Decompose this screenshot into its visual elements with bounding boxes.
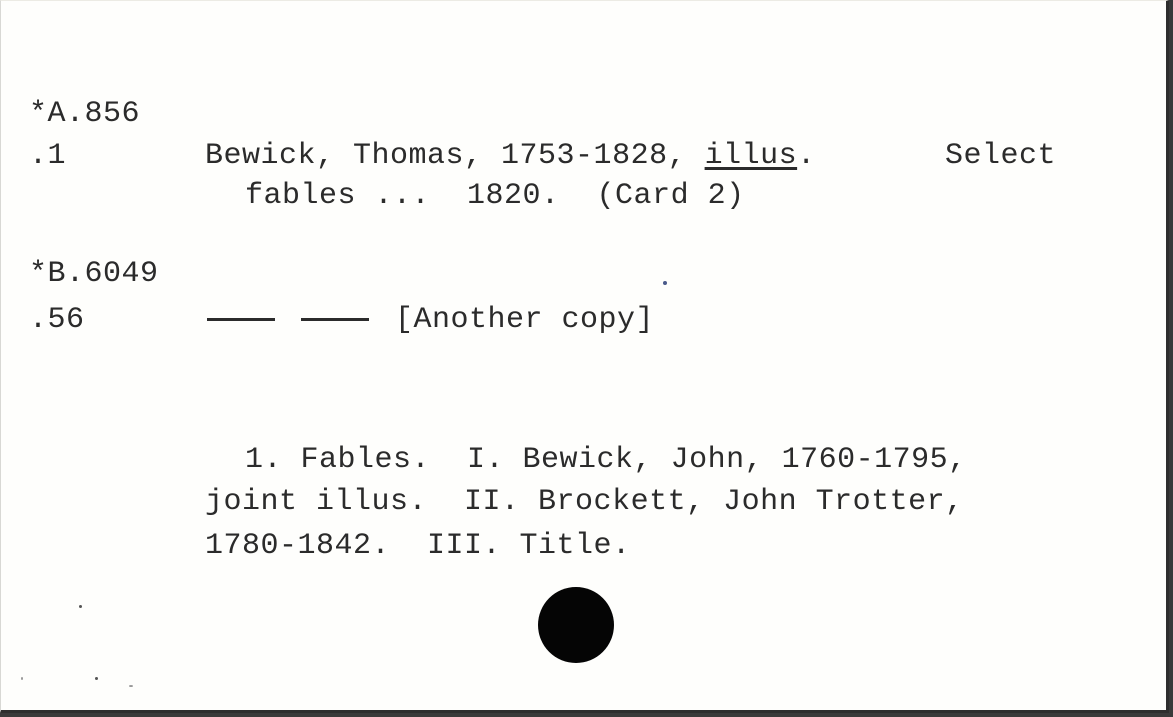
tracing-line3: 1780-1842. III. Title. — [205, 531, 631, 561]
punch-hole — [538, 587, 614, 663]
ink-speck — [79, 605, 82, 608]
ink-speck — [21, 677, 23, 680]
catalog-card: *A.856 .1 Bewick, Thomas, 1753-1828, ill… — [0, 0, 1169, 713]
call-number-2-line1: *B.6049 — [29, 259, 159, 289]
ink-speck — [129, 685, 133, 687]
main-entry-line2: fables ... 1820. (Card 2) — [245, 181, 745, 211]
tracing-line1: 1. Fables. I. Bewick, John, 1760-1795, — [245, 445, 967, 475]
relator-term: illus — [705, 139, 798, 173]
tracing-line2: joint illus. II. Brockett, John Trotter, — [205, 487, 964, 517]
main-entry-line1: Bewick, Thomas, 1753-1828, illus. — [205, 141, 816, 171]
call-number-1-line1: *A.856 — [29, 99, 140, 129]
another-copy-note: [Another copy] — [395, 303, 654, 337]
call-number-1-line2: .1 — [29, 141, 66, 171]
relator-period: . — [797, 139, 816, 173]
author-heading: Bewick, Thomas, 1753-1828, — [205, 139, 705, 173]
ditto-dash-title — [301, 318, 369, 321]
ink-speck — [95, 677, 98, 680]
ditto-dash-author — [207, 318, 275, 321]
call-number-2-line2: .56 — [29, 305, 85, 335]
ink-speck — [663, 281, 667, 285]
another-copy-line: [Another copy] — [207, 305, 654, 335]
title-start: Select — [945, 141, 1056, 171]
